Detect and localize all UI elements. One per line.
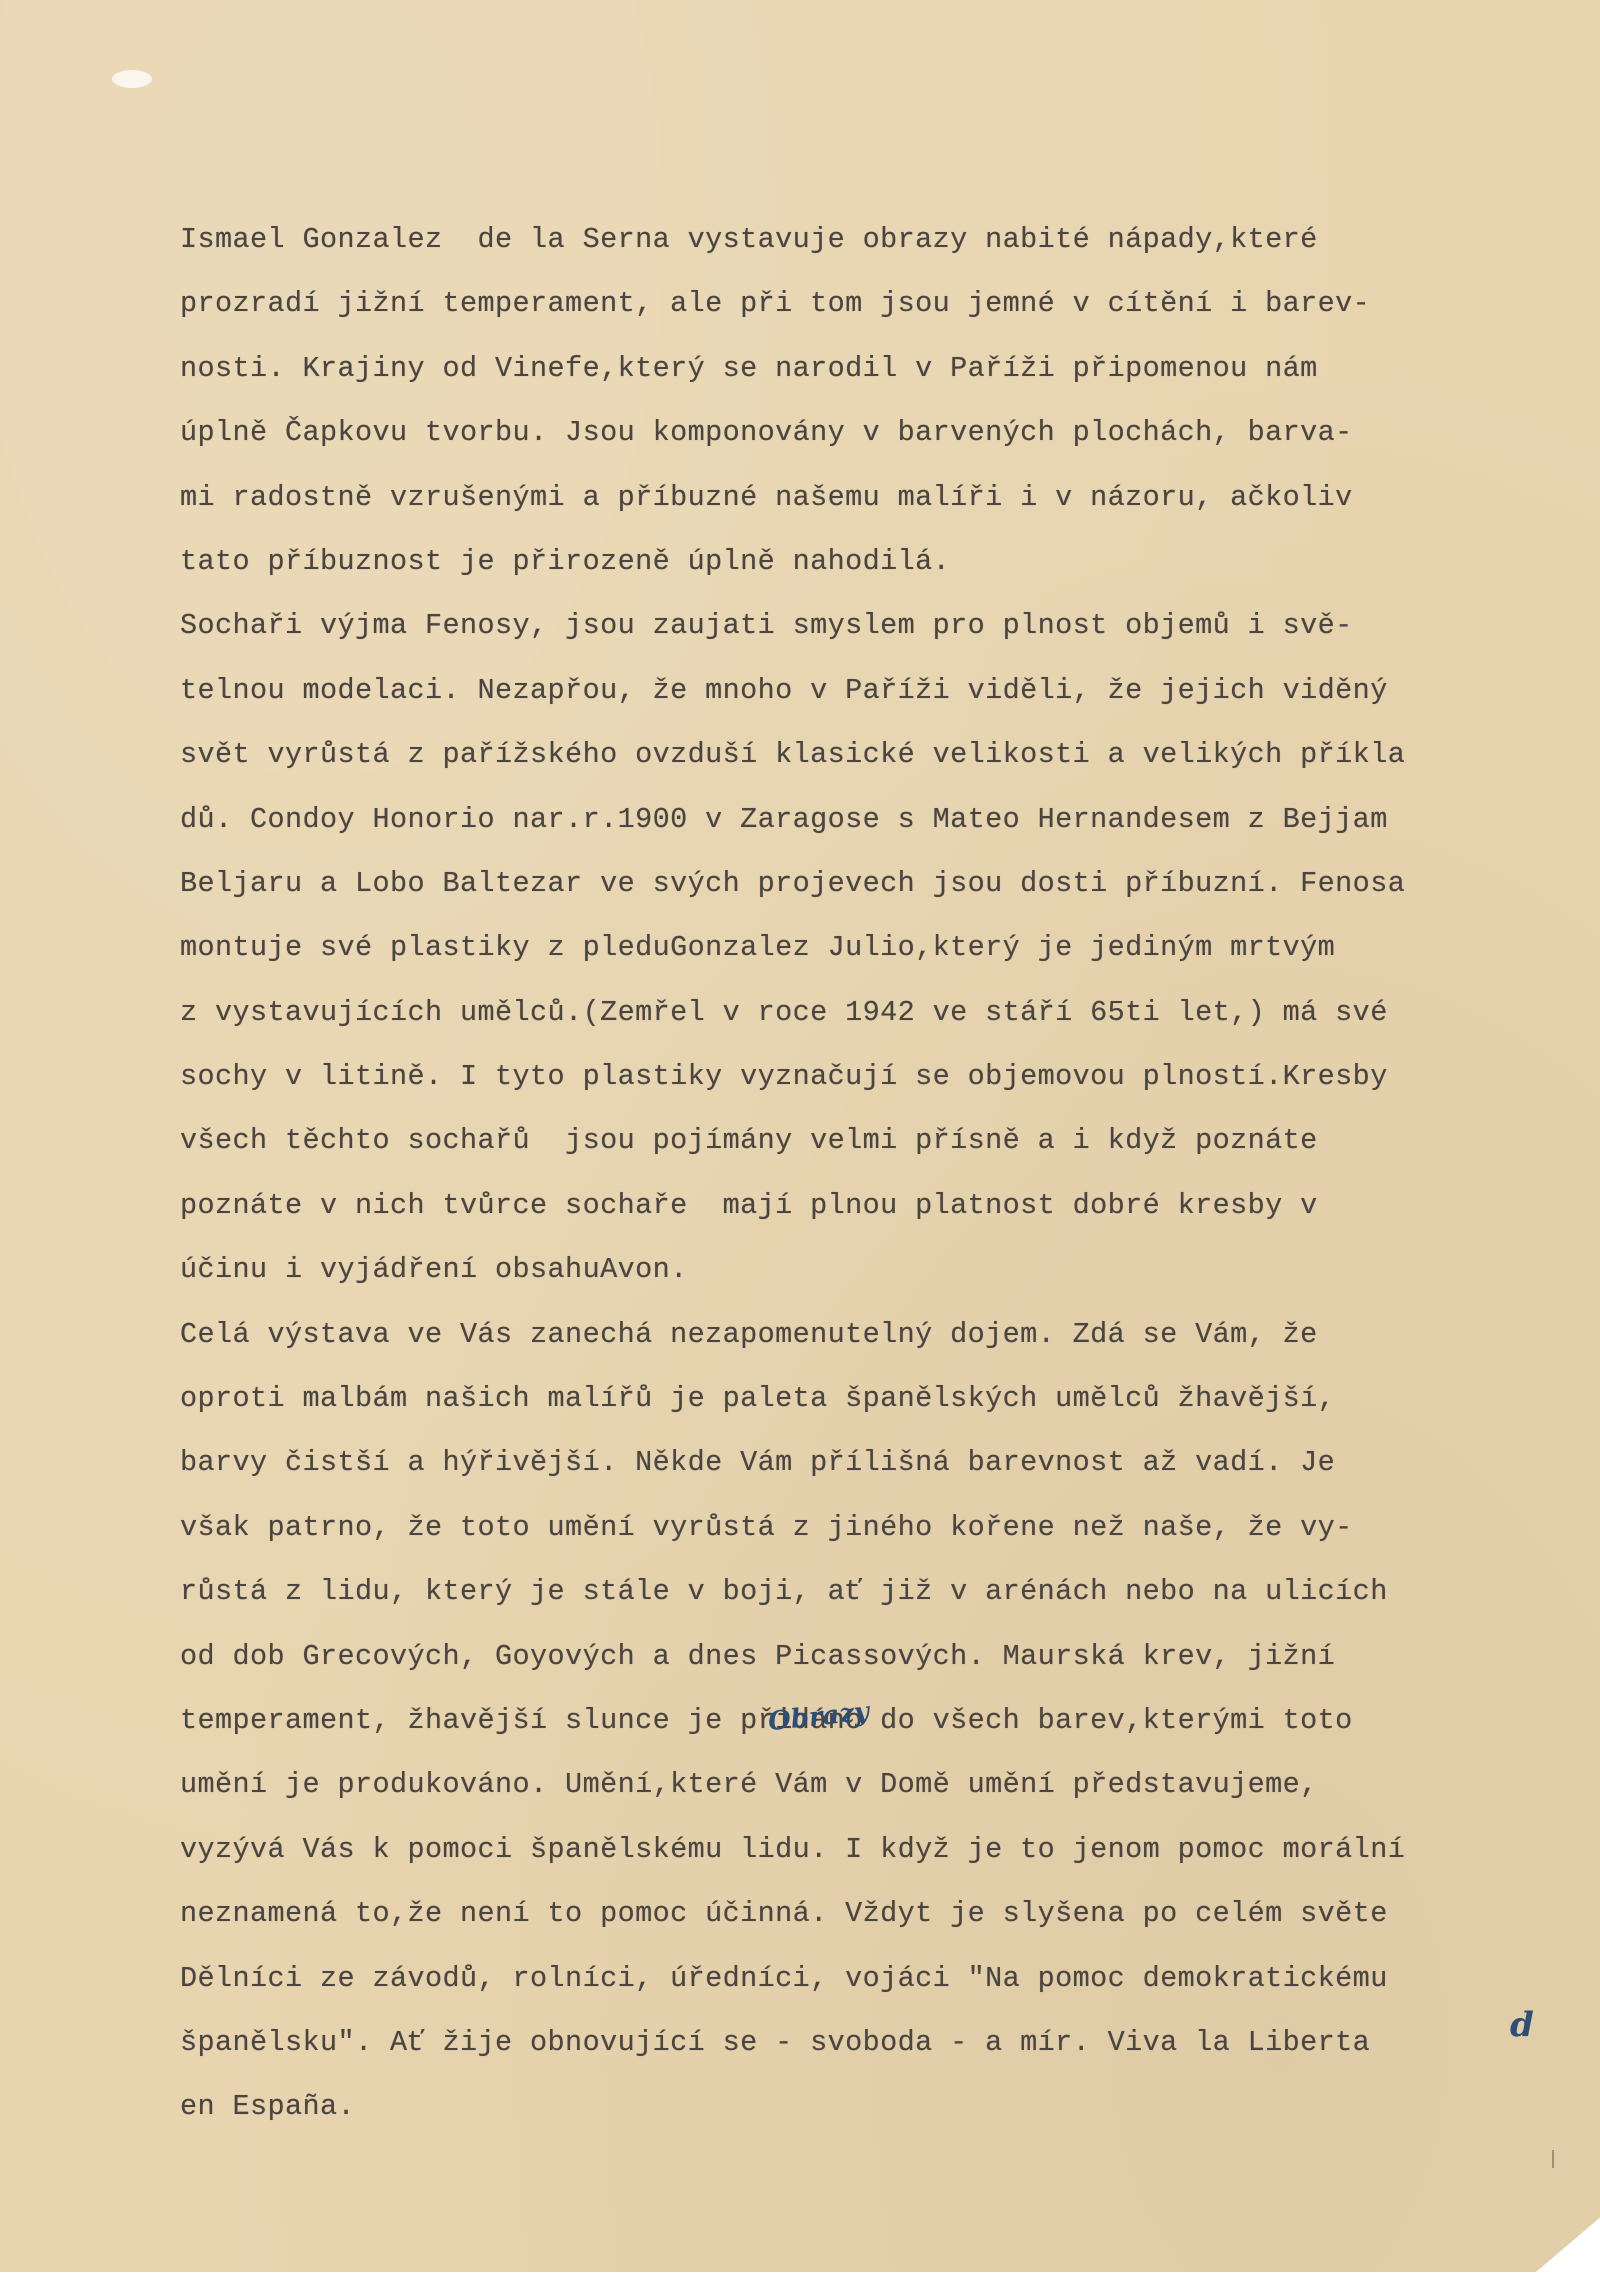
paper-blemish bbox=[112, 70, 152, 88]
text-line: nosti. Krajiny od Vinefe,který se narodi… bbox=[180, 337, 1560, 401]
text-line: montuje své plastiky z pleduGonzalez Jul… bbox=[180, 916, 1560, 980]
handwritten-mark: d bbox=[1510, 2005, 1534, 2045]
text-line: růstá z lidu, který je stále v boji, ať … bbox=[180, 1560, 1560, 1624]
text-line: svět vyrůstá z pařížského ovzduší klasic… bbox=[180, 723, 1560, 787]
text-line: Sochaři výjma Fenosy, jsou zaujati smysl… bbox=[180, 594, 1560, 658]
text-line: mi radostně vzrušenými a příbuzné našemu… bbox=[180, 466, 1560, 530]
text-line: poznáte v nich tvůrce sochaře mají plnou… bbox=[180, 1174, 1560, 1238]
text-line: neznamená to,že není to pomoc účinná. Vž… bbox=[180, 1882, 1560, 1946]
text-line: umění je produkováno. Umění,které Vám v … bbox=[180, 1753, 1560, 1817]
text-line: španělsku". Ať žije obnovující se - svob… bbox=[180, 2011, 1560, 2075]
text-line: en España. bbox=[180, 2075, 1560, 2139]
text-line: od dob Grecových, Goyových a dnes Picass… bbox=[180, 1625, 1560, 1689]
text-line: však patrno, že toto umění vyrůstá z jin… bbox=[180, 1496, 1560, 1560]
text-line: Dělníci ze závodů, rolníci, úředníci, vo… bbox=[180, 1947, 1560, 2011]
text-line: účinu i vyjádření obsahuAvon. bbox=[180, 1238, 1560, 1302]
text-line: dů. Condoy Honorio nar.r.1900 v Zaragose… bbox=[180, 788, 1560, 852]
text-line: barvy čistší a hýřivější. Někde Vám příl… bbox=[180, 1431, 1560, 1495]
text-line: úplně Čapkovu tvorbu. Jsou komponovány v… bbox=[180, 401, 1560, 465]
text-line: Beljaru a Lobo Baltezar ve svých projeve… bbox=[180, 852, 1560, 916]
text-line: z vystavujících umělců.(Zemřel v roce 19… bbox=[180, 981, 1560, 1045]
typewritten-page: Ismael Gonzalez de la Serna vystavuje ob… bbox=[0, 0, 1600, 2272]
text-line: tato příbuznost je přirozeně úplně nahod… bbox=[180, 530, 1560, 594]
text-line: prozradí jižní temperament, ale při tom … bbox=[180, 272, 1560, 336]
text-line: vyzývá Vás k pomoci španělskému lidu. I … bbox=[180, 1818, 1560, 1882]
text-line: všech těchto sochařů jsou pojímány velmi… bbox=[180, 1109, 1560, 1173]
text-line: Ismael Gonzalez de la Serna vystavuje ob… bbox=[180, 208, 1560, 272]
text-line: sochy v litině. I tyto plastiky vyznačuj… bbox=[180, 1045, 1560, 1109]
margin-mark bbox=[1552, 2150, 1554, 2168]
text-line: telnou modelaci. Nezapřou, že mnoho v Pa… bbox=[180, 659, 1560, 723]
document-body: Ismael Gonzalez de la Serna vystavuje ob… bbox=[180, 208, 1560, 2140]
text-line: Celá výstava ve Vás zanechá nezapomenute… bbox=[180, 1303, 1560, 1367]
text-line: oproti malbám našich malířů je paleta šp… bbox=[180, 1367, 1560, 1431]
